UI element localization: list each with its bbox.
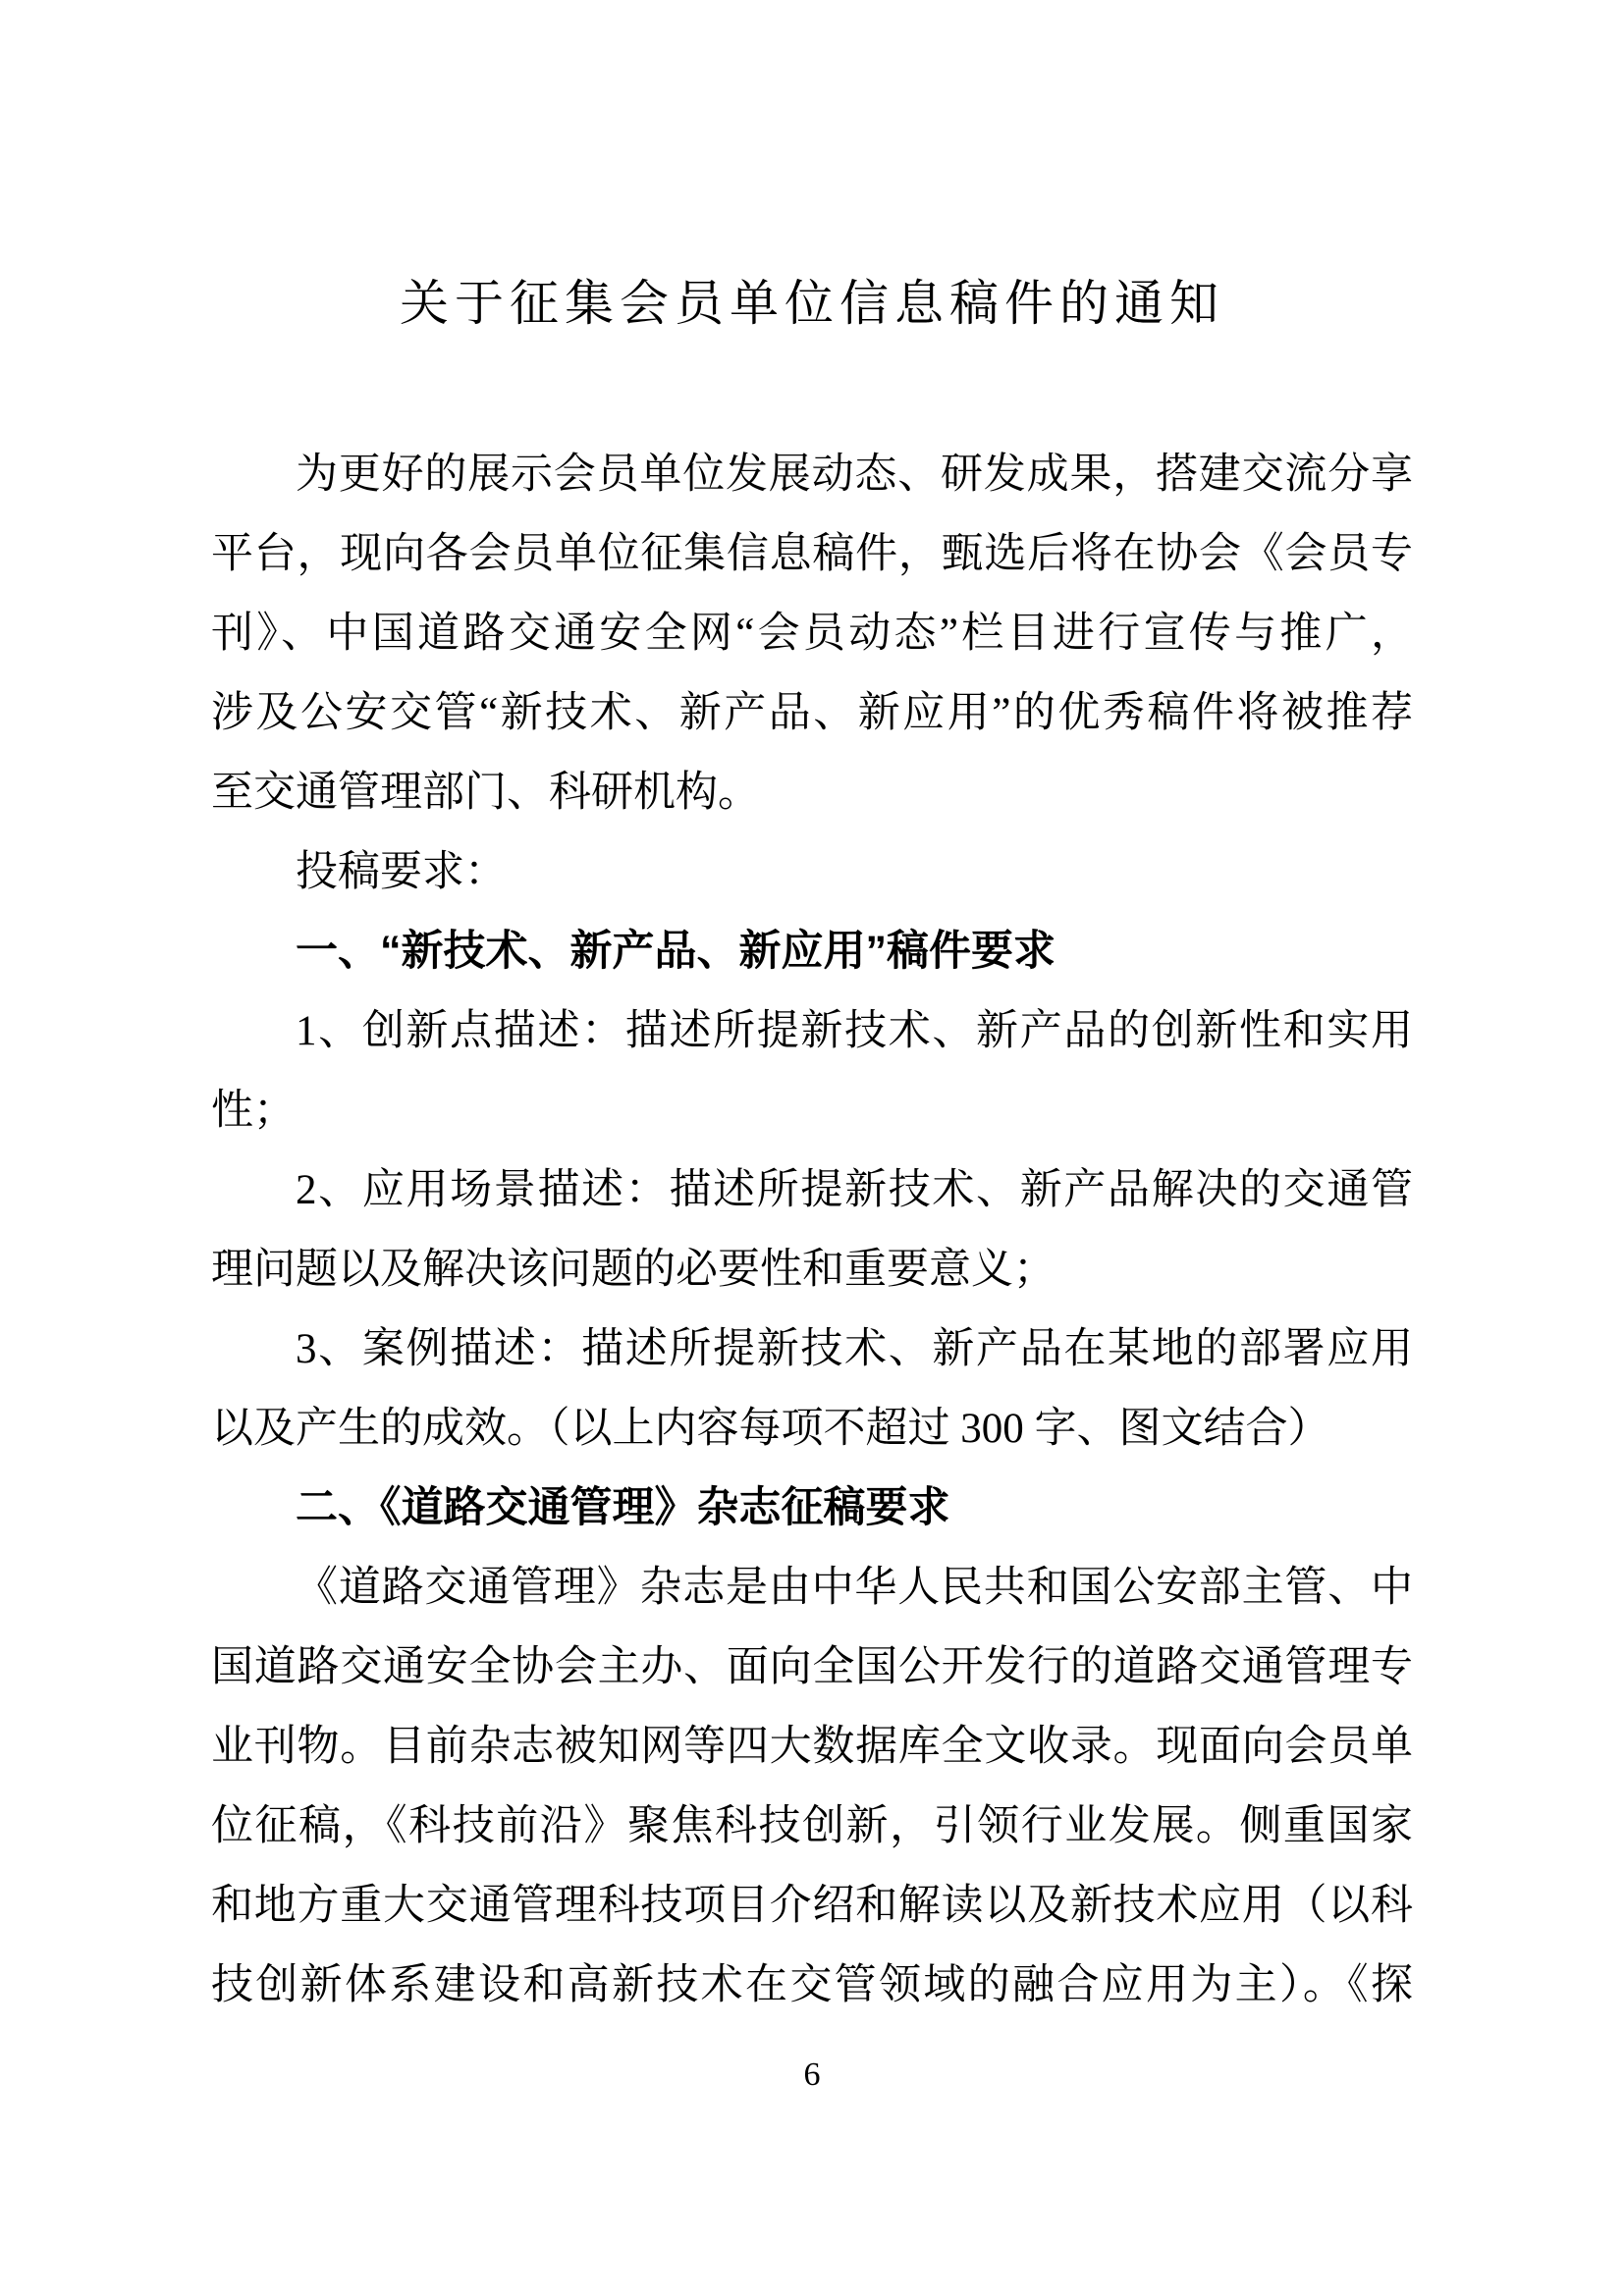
page-number: 6 [0,2056,1624,2095]
document-title: 关于征集会员单位信息稿件的通知 [0,278,1624,329]
body-line: 2、应用场景描述：描述所提新技术、新产品解决的交通管 [211,1150,1413,1230]
body-line: 投稿要求： [211,832,1413,912]
body-line: 国道路交通安全协会主办、面向全国公开发行的道路交通管理专 [211,1628,1413,1707]
body-line: 技创新体系建设和高新技术在交管领域的融合应用为主）。《探 [211,1946,1413,2025]
section-heading-2: 二、《道路交通管理》杂志征稿要求 [211,1468,1413,1548]
body-line: 位征稿，《科技前沿》聚焦科技创新，引领行业发展。侧重国家 [211,1787,1413,1866]
body-line: 性； [211,1071,1413,1150]
body-line: 至交通管理部门、科研机构。 [211,753,1413,832]
body-line: 涉及公安交管“新技术、新产品、新应用”的优秀稿件将被推荐 [211,673,1413,753]
body-line: 刊》、中国道路交通安全网“会员动态”栏目进行宣传与推广， [211,594,1413,673]
document-body: 为更好的展示会员单位发展动态、研发成果，搭建交流分享 平台，现向各会员单位征集信… [211,435,1413,2025]
body-line: 理问题以及解决该问题的必要性和重要意义； [211,1230,1413,1309]
body-line: 1、创新点描述：描述所提新技术、新产品的创新性和实用 [211,991,1413,1071]
body-line: 业刊物。目前杂志被知网等四大数据库全文收录。现面向会员单 [211,1707,1413,1787]
body-line: 3、案例描述：描述所提新技术、新产品在某地的部署应用 [211,1309,1413,1389]
body-line: 和地方重大交通管理科技项目介绍和解读以及新技术应用（以科 [211,1866,1413,1946]
body-line: 《道路交通管理》杂志是由中华人民共和国公安部主管、中 [211,1548,1413,1628]
body-line: 以及产生的成效。（以上内容每项不超过 300 字、图文结合） [211,1389,1413,1468]
section-heading-1: 一、“新技术、新产品、新应用”稿件要求 [211,912,1413,991]
body-line: 平台，现向各会员单位征集信息稿件，甄选后将在协会《会员专 [211,514,1413,594]
body-line: 为更好的展示会员单位发展动态、研发成果，搭建交流分享 [211,435,1413,514]
document-page: 关于征集会员单位信息稿件的通知 为更好的展示会员单位发展动态、研发成果，搭建交流… [0,0,1624,2296]
